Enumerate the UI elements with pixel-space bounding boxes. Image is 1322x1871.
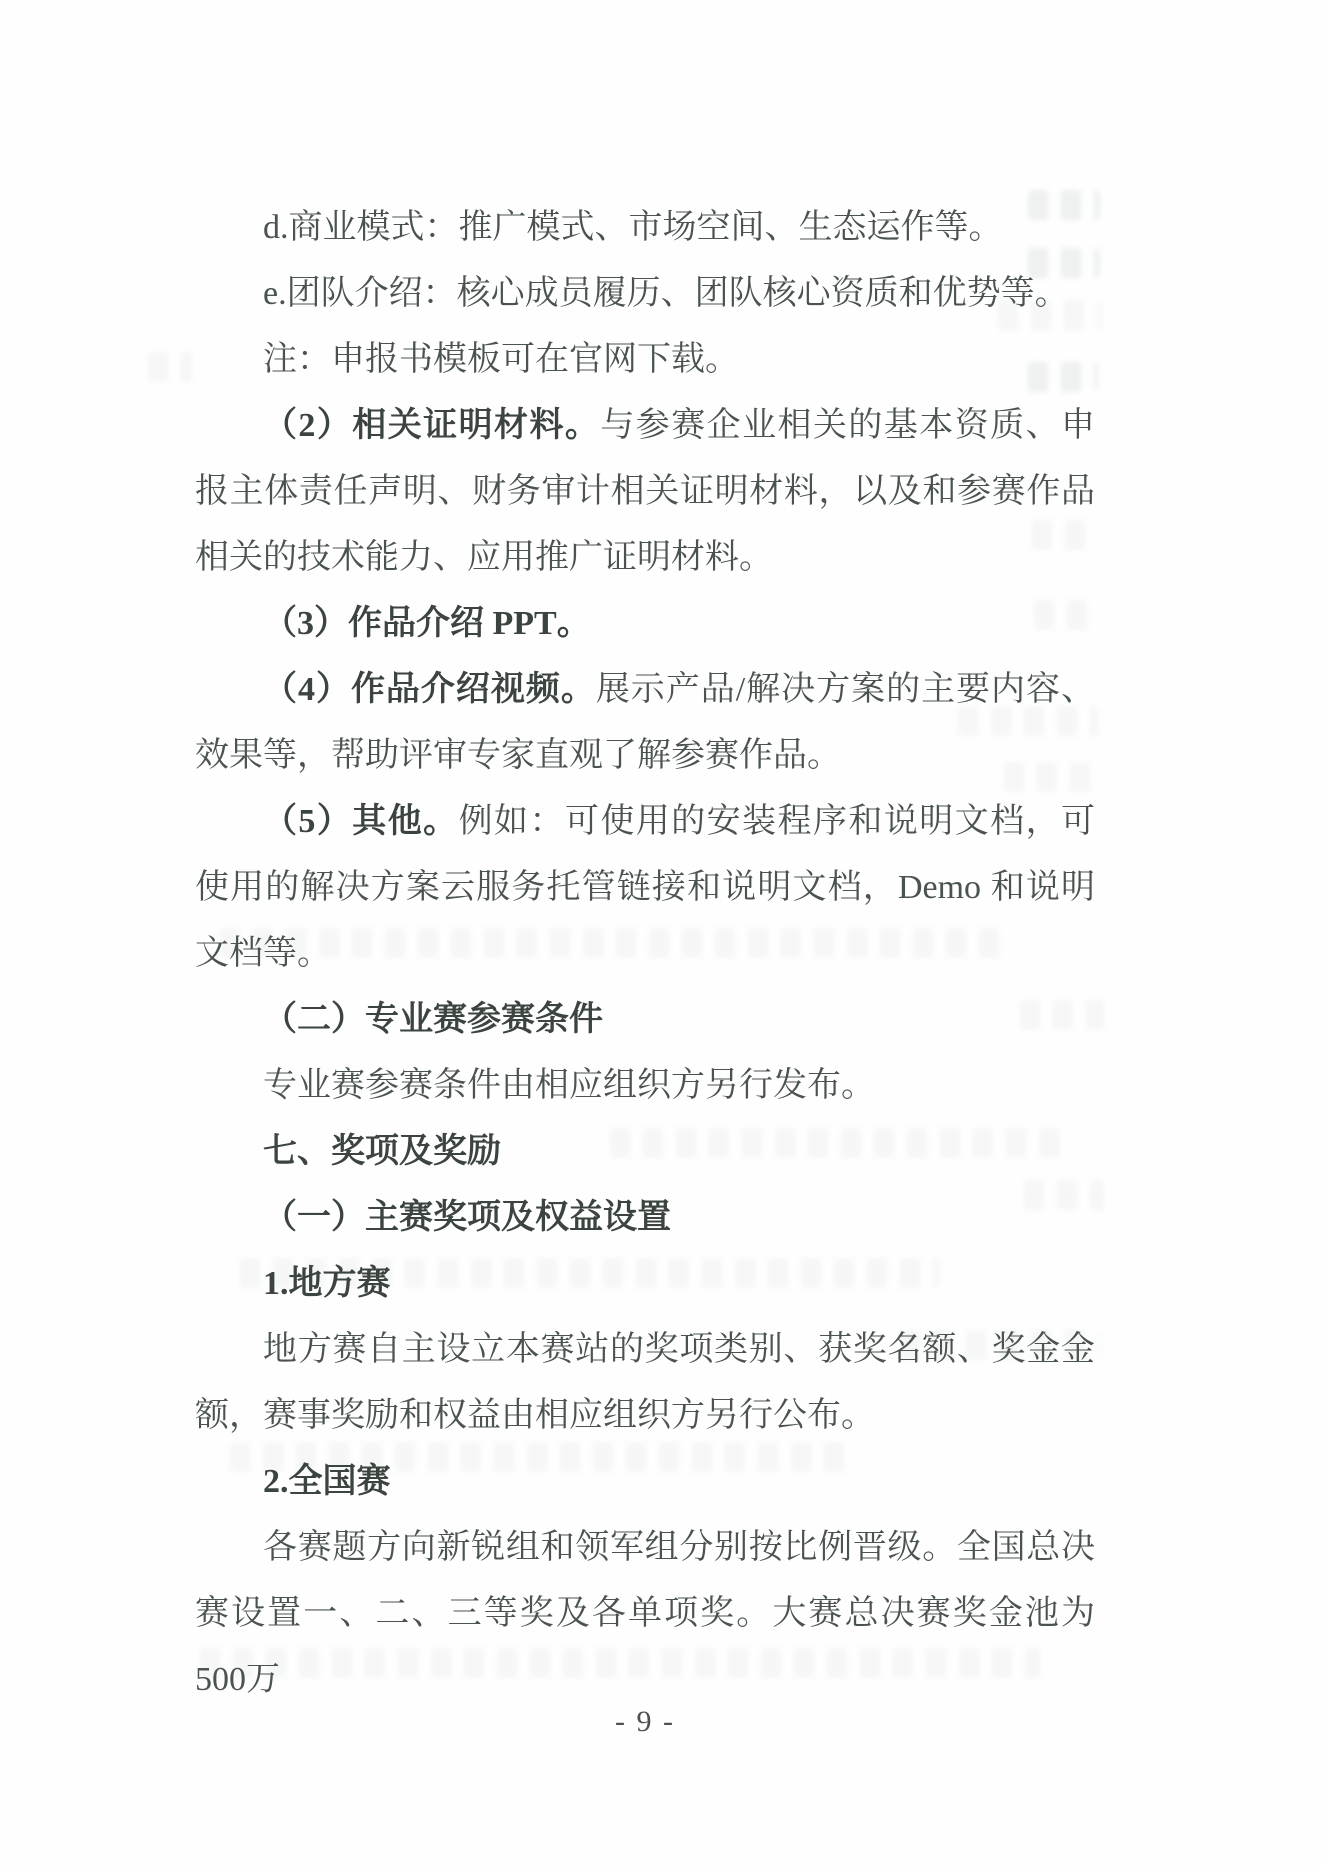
paragraph-note: 注：申报书模板可在官网下载。 bbox=[195, 327, 1095, 393]
bleed-through-artifact bbox=[148, 352, 192, 382]
paragraph-national-competition-details: 各赛题方向新锐组和领军组分别按比例晋级。全国总决赛设置一、二、三等奖及各单项奖。… bbox=[195, 1515, 1095, 1713]
document-page: d.商业模式：推广模式、市场空间、生态运作等。 e.团队介绍：核心成员履历、团队… bbox=[0, 0, 1322, 1871]
paragraph-item-4-video: （4）作品介绍视频。展示产品/解决方案的主要内容、效果等，帮助评审专家直观了解参… bbox=[195, 657, 1095, 789]
heading-text: （二）专业赛参赛条件 bbox=[263, 1001, 603, 1038]
heading-main-competition-awards-setup: （一）主赛奖项及权益设置 bbox=[195, 1185, 1095, 1251]
paragraph-lead: （4）作品介绍视频。 bbox=[263, 671, 596, 708]
paragraph-text: e.团队介绍：核心成员履历、团队核心资质和优势等。 bbox=[263, 275, 1069, 312]
paragraph-lead: （5）其他。 bbox=[263, 803, 459, 840]
paragraph-lead: （3）作品介绍 PPT。 bbox=[263, 605, 591, 642]
heading-local-competition: 1.地方赛 bbox=[195, 1251, 1095, 1317]
heading-awards-and-rewards: 七、奖项及奖励 bbox=[195, 1119, 1095, 1185]
heading-text: 七、奖项及奖励 bbox=[263, 1133, 501, 1170]
paragraph-text: 各赛题方向新锐组和领军组分别按比例晋级。全国总决赛设置一、二、三等奖及各单项奖。… bbox=[195, 1529, 1095, 1698]
document-text-column: d.商业模式：推广模式、市场空间、生态运作等。 e.团队介绍：核心成员履历、团队… bbox=[195, 195, 1095, 1713]
paragraph-text: 专业赛参赛条件由相应组织方另行发布。 bbox=[263, 1067, 875, 1104]
paragraph-item-2-certificates: （2）相关证明材料。与参赛企业相关的基本资质、申报主体责任声明、财务审计相关证明… bbox=[195, 393, 1095, 591]
heading-national-competition: 2.全国赛 bbox=[195, 1449, 1095, 1515]
heading-text: 1.地方赛 bbox=[263, 1265, 391, 1302]
paragraph-text: d.商业模式：推广模式、市场空间、生态运作等。 bbox=[263, 209, 1003, 246]
paragraph-business-model: d.商业模式：推广模式、市场空间、生态运作等。 bbox=[195, 195, 1095, 261]
heading-professional-competition-conditions: （二）专业赛参赛条件 bbox=[195, 987, 1095, 1053]
heading-text: 2.全国赛 bbox=[263, 1463, 391, 1500]
paragraph-item-5-other: （5）其他。例如：可使用的安装程序和说明文档，可使用的解决方案云服务托管链接和说… bbox=[195, 789, 1095, 987]
paragraph-text: 地方赛自主设立本赛站的奖项类别、获奖名额、奖金金额，赛事奖励和权益由相应组织方另… bbox=[195, 1331, 1095, 1434]
paragraph-item-3-ppt: （3）作品介绍 PPT。 bbox=[195, 591, 1095, 657]
paragraph-team-intro: e.团队介绍：核心成员履历、团队核心资质和优势等。 bbox=[195, 261, 1095, 327]
page-number: - 9 - bbox=[195, 1705, 1095, 1739]
paragraph-local-competition-details: 地方赛自主设立本赛站的奖项类别、获奖名额、奖金金额，赛事奖励和权益由相应组织方另… bbox=[195, 1317, 1095, 1449]
heading-text: （一）主赛奖项及权益设置 bbox=[263, 1199, 671, 1236]
paragraph-professional-conditions-note: 专业赛参赛条件由相应组织方另行发布。 bbox=[195, 1053, 1095, 1119]
paragraph-text: 注：申报书模板可在官网下载。 bbox=[263, 341, 739, 378]
paragraph-lead: （2）相关证明材料。 bbox=[263, 407, 600, 444]
